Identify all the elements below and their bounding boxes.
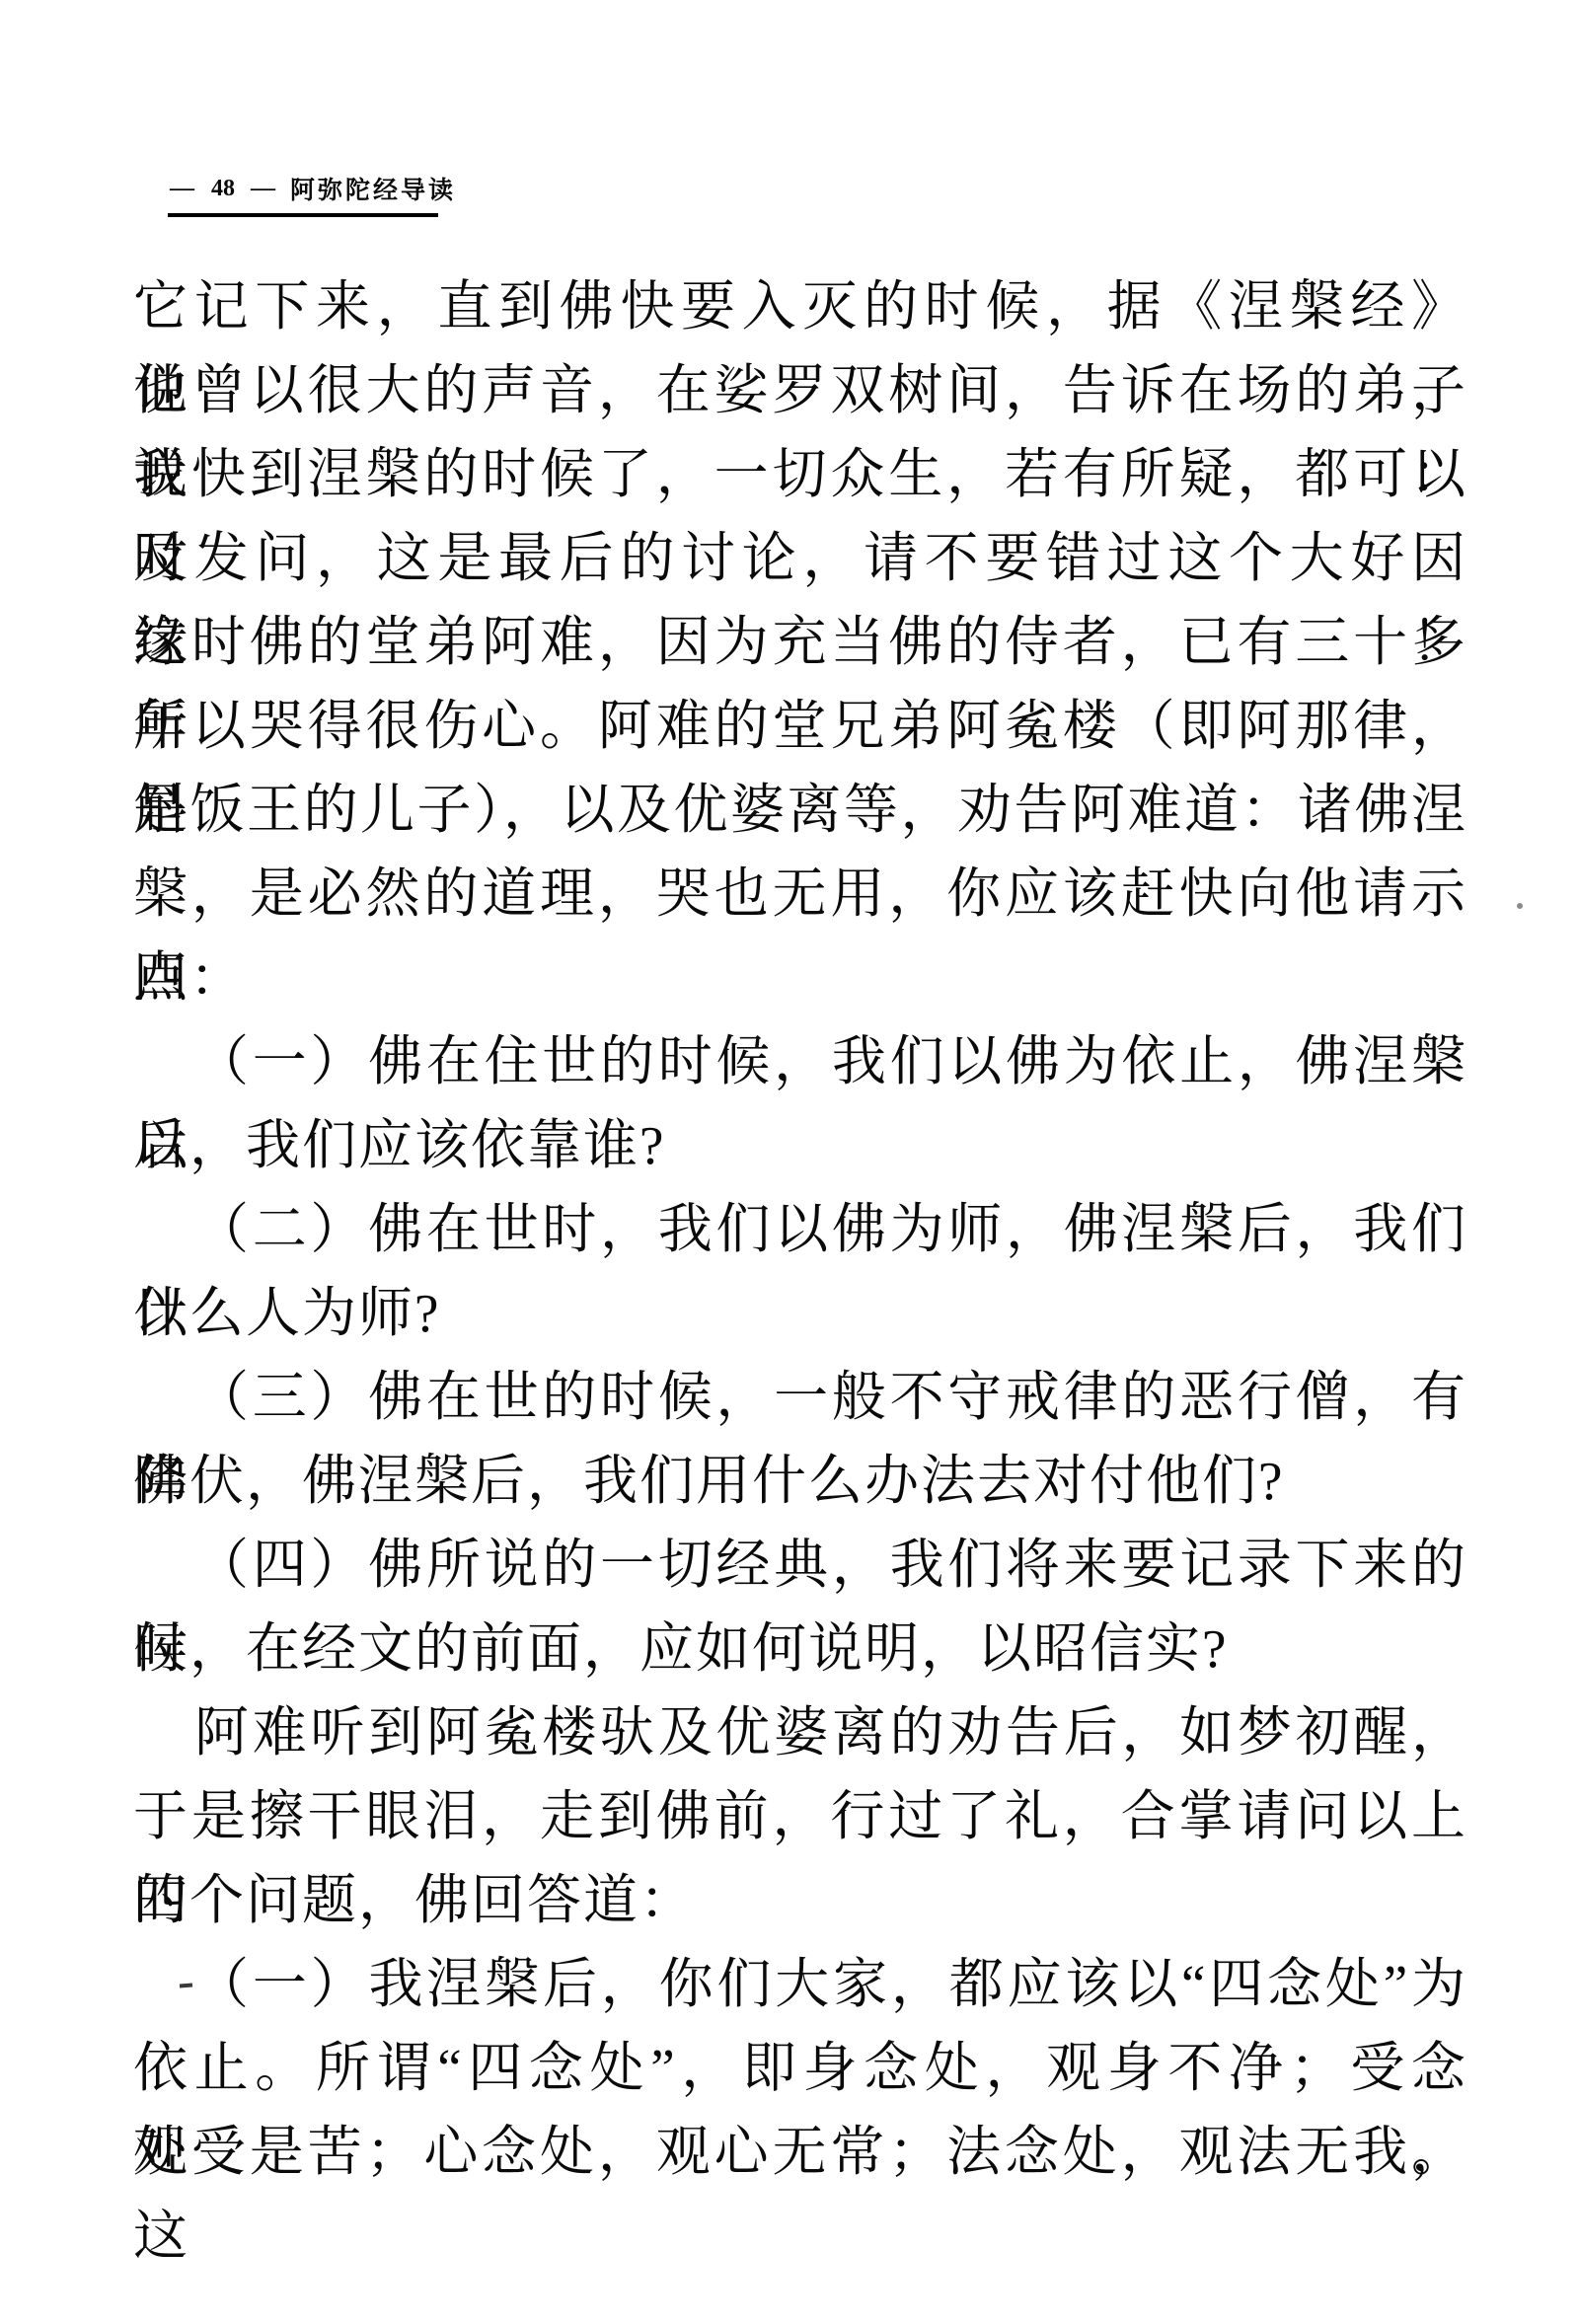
book-page: — 48 — 阿弥陀经导读 它记下来，直到佛快要入灭的时候，据《涅槃经》说，他曾… [0, 0, 1579, 2324]
text-line: 我快到涅槃的时候了，一切众生，若有所疑，都可以及 [133, 432, 1467, 516]
text-line: 他曾以很大的声音，在娑罗双树间，告诉在场的弟子说： [133, 348, 1467, 432]
text-line: 候，在经文的前面，应如何说明，以昭信实? [133, 1607, 1467, 1690]
running-head: — 48 — 阿弥陀经导读 [170, 170, 456, 207]
text-line: 斛饭王的儿子），以及优婆离等，劝告阿难道：诸佛涅 [133, 768, 1467, 852]
text-line: 点： [133, 936, 1467, 1019]
header-rule [168, 213, 438, 217]
text-line: 所以哭得很伤心。阿难的堂兄弟阿㝹楼（即阿那律，是 [133, 684, 1467, 768]
scan-artifact-dot [1517, 903, 1523, 909]
text-line: 槃，是必然的道理，哭也无用，你应该赶快向他请示四 [133, 852, 1467, 936]
text-line: 时发问，这是最后的讨论，请不要错过这个大好因缘！ [133, 516, 1467, 600]
text-line: 这时佛的堂弟阿难，因为充当佛的侍者，已有三十多年， [133, 600, 1467, 684]
header-right-dash: — [251, 175, 276, 202]
text-line: （二）佛在世时，我们以佛为师，佛涅槃后，我们以 [133, 1187, 1467, 1271]
text-line: （四）佛所说的一切经典，我们将来要记录下来的时 [133, 1523, 1467, 1607]
text-line: （一）佛在住世的时候，我们以佛为依止，佛涅槃以 [133, 1019, 1467, 1103]
text-line: 它记下来，直到佛快要入灭的时候，据《涅槃经》说， [133, 264, 1467, 348]
header-left-dash: — [170, 175, 195, 202]
text-line: 于是擦干眼泪，走到佛前，行过了礼，合掌请问以上的 [133, 1774, 1467, 1858]
text-line: （一）我涅槃后，你们大家，都应该以“四念处”为 [133, 1942, 1467, 2026]
text-line: 观受是苦；心念处，观心无常；法念处，观法无我。这 [133, 2110, 1467, 2194]
text-line: （三）佛在世的时候，一般不守戒律的恶行僧，有佛 [133, 1355, 1467, 1439]
book-title: 阿弥陀经导读 [290, 171, 456, 206]
page-number: 48 [211, 176, 235, 202]
text-line: 降伏，佛涅槃后，我们用什么办法去对付他们? [133, 1439, 1467, 1523]
text-line: 阿难听到阿㝹楼驮及优婆离的劝告后，如梦初醒， [133, 1690, 1467, 1774]
text-line: 什么人为师? [133, 1271, 1467, 1355]
body-lines: 它记下来，直到佛快要入灭的时候，据《涅槃经》说，他曾以很大的声音，在娑罗双树间，… [133, 264, 1467, 2194]
text-line: 后，我们应该依靠谁? [133, 1103, 1467, 1187]
text-line: 依止。所谓“四念处”，即身念处，观身不净；受念处， [133, 2026, 1467, 2110]
text-line: 四个问题，佛回答道： [133, 1858, 1467, 1942]
